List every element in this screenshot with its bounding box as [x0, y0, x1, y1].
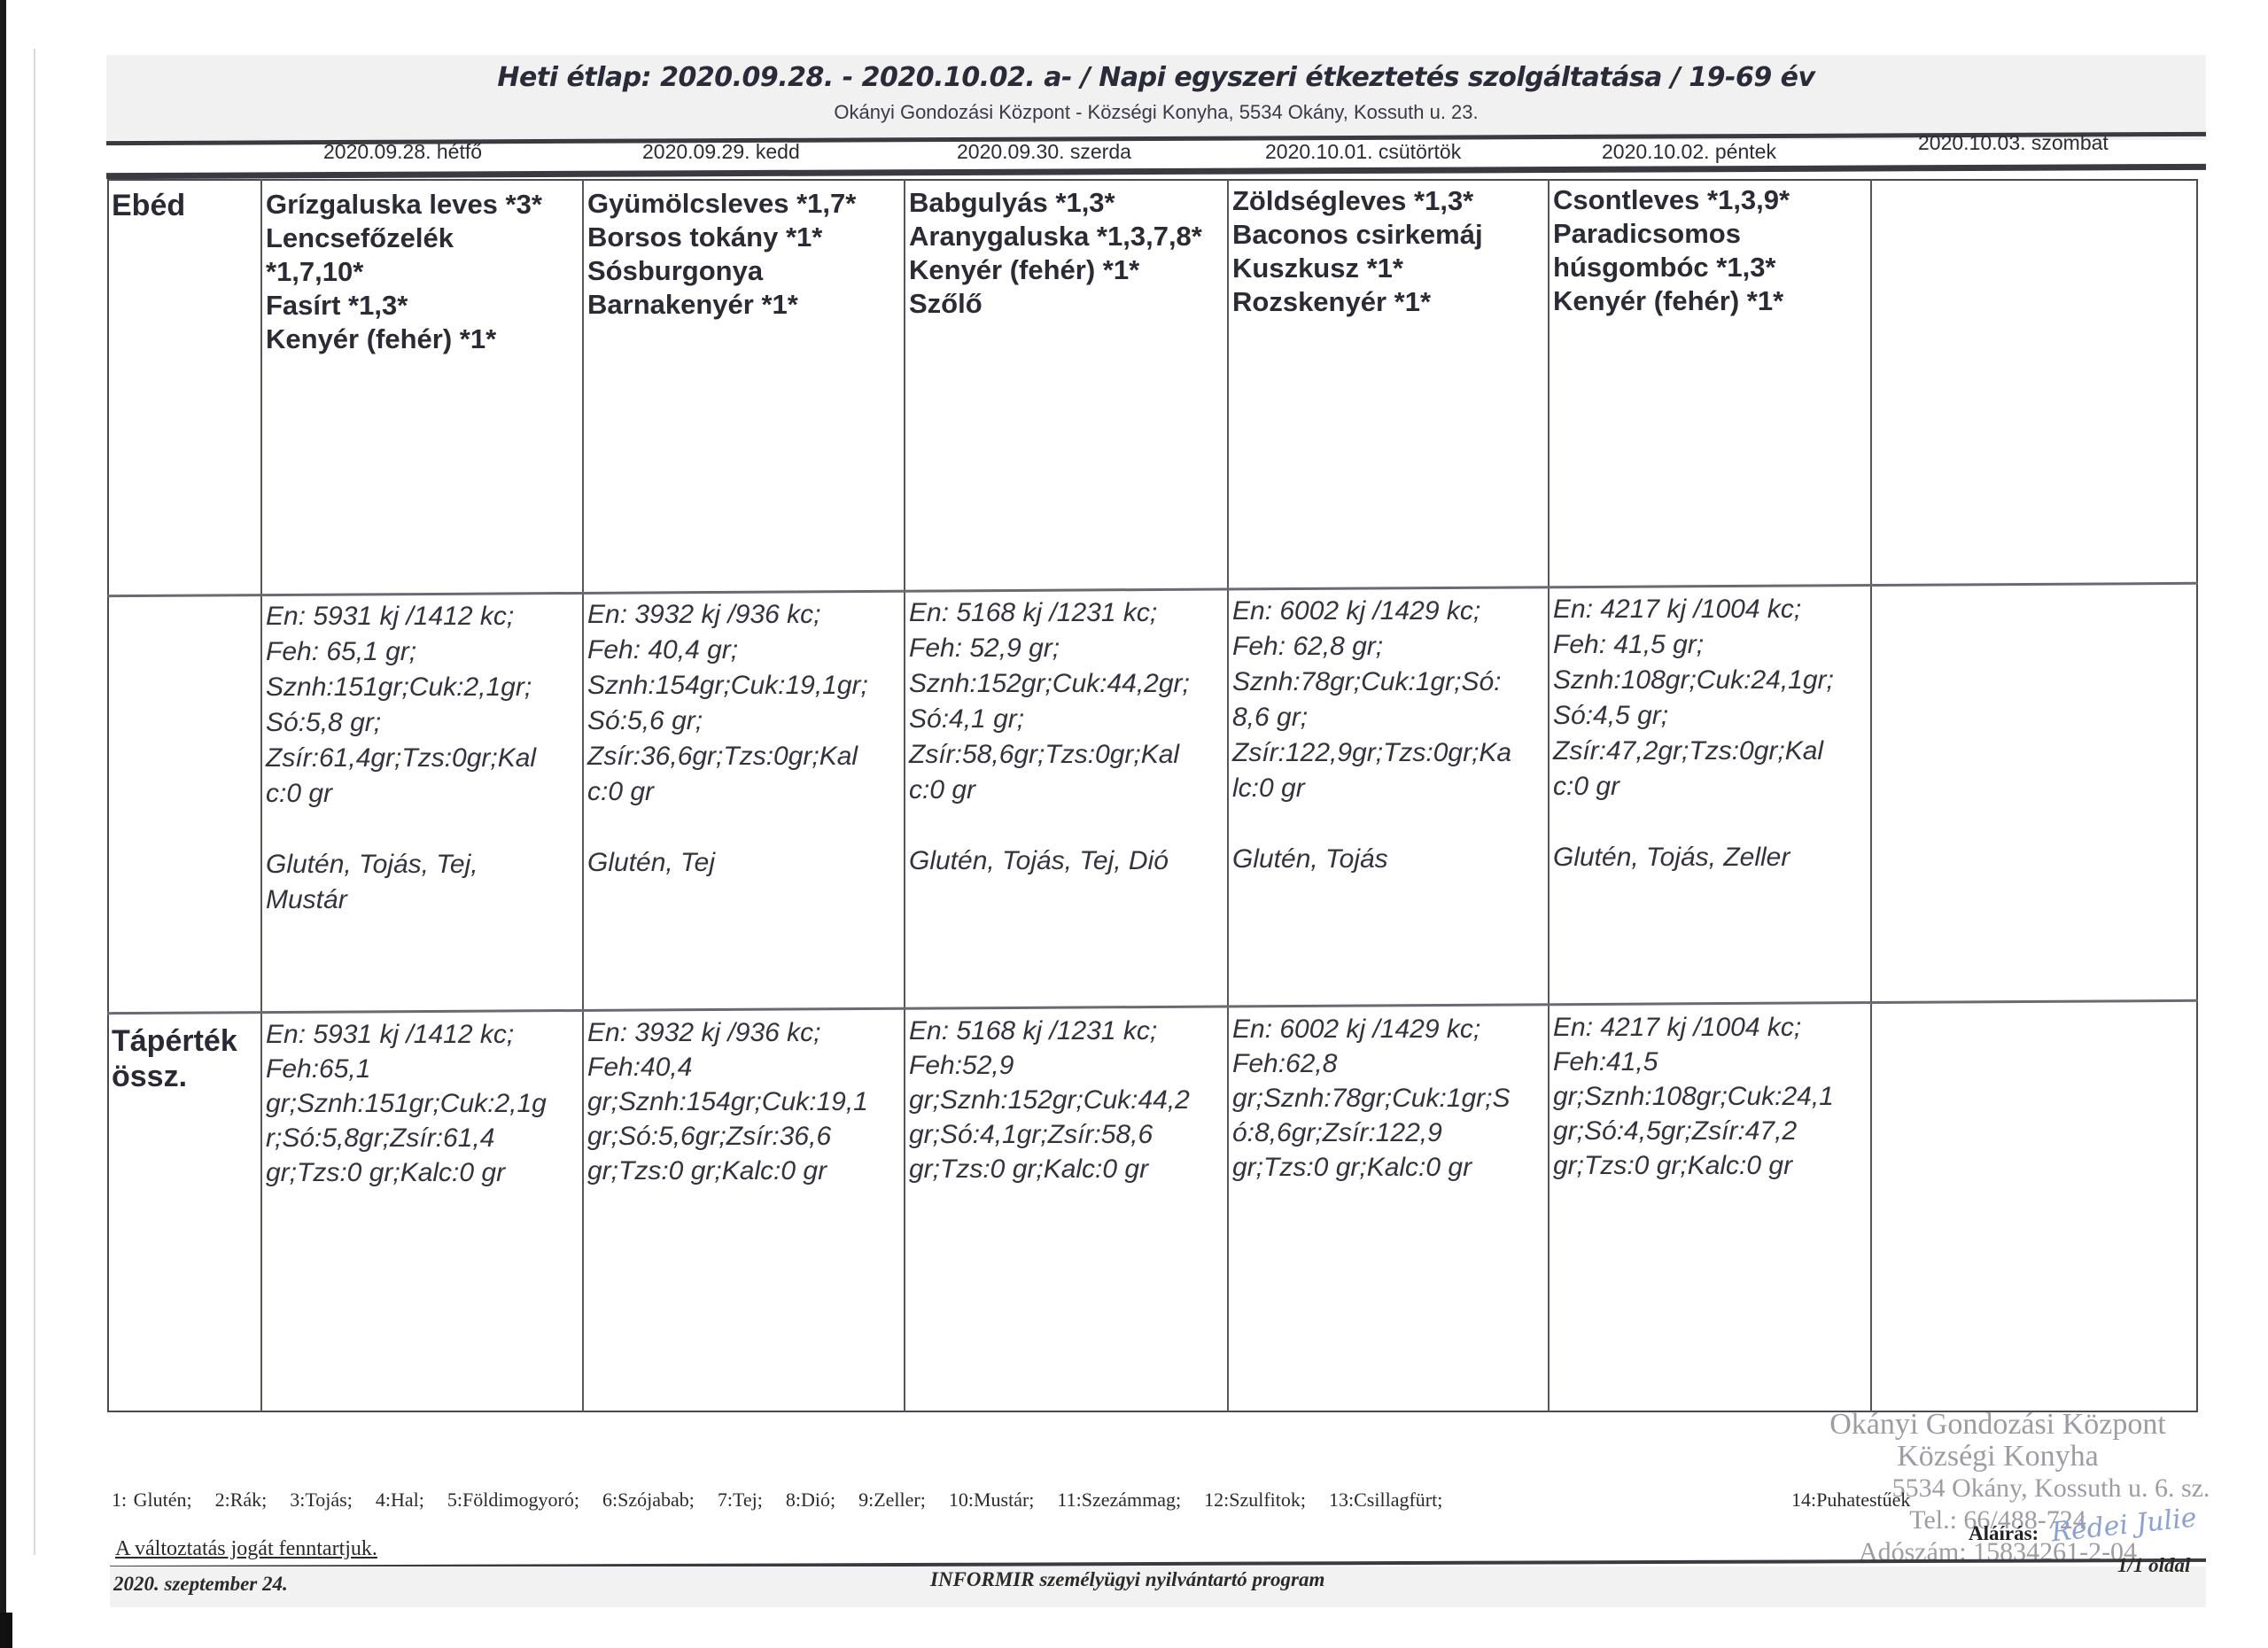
allergen-list: Glutén, Tej — [587, 845, 903, 881]
totals-line: En: 4217 kj /1004 kc; — [1553, 1010, 1868, 1045]
nutrition-line: En: 4217 kj /1004 kc; — [1553, 592, 1868, 627]
column-divider — [904, 179, 905, 1412]
scan-corner — [0, 1613, 12, 1648]
nutrition-line: Só:4,1 gr; — [909, 702, 1224, 737]
menu-cell: Csontleves *1,3,9*Paradicsomoshúsgombóc … — [1553, 183, 1790, 318]
menu-item: Lencsefőzelék — [266, 222, 542, 255]
footer-program: INFORMIR személyügyi nyilvántartó progra… — [930, 1568, 1324, 1591]
totals-cell: En: 5931 kj /1412 kc;Feh:65,1gr;Sznh:151… — [266, 1017, 581, 1190]
nutrition-line: c:0 gr — [909, 773, 1224, 808]
nutrition-line: En: 3932 kj /936 kc; — [587, 597, 903, 633]
nutrition-line: c:0 gr — [266, 776, 581, 812]
legend-item: 6:Szójabab; — [602, 1489, 695, 1511]
menu-cell: Babgulyás *1,3*Aranygaluska *1,3,7,8*Ken… — [909, 186, 1202, 321]
menu-item: *1,7,10* — [266, 255, 542, 289]
menu-item: húsgombóc *1,3* — [1553, 251, 1790, 284]
totals-line: gr;Tzs:0 gr;Kalc:0 gr — [1232, 1150, 1548, 1185]
totals-line: Feh:52,9 — [909, 1048, 1224, 1083]
totals-line: gr;Tzs:0 gr;Kalc:0 gr — [266, 1155, 581, 1190]
nutrition-line: En: 5168 kj /1231 kc; — [909, 595, 1224, 631]
nutrition-line: Feh: 52,9 gr; — [909, 631, 1224, 666]
menu-cell: Zöldségleves *1,3*Baconos csirkemájKuszk… — [1232, 184, 1483, 319]
menu-item: Rozskenyér *1* — [1232, 285, 1483, 319]
page-number: 1/1 oldal — [2117, 1554, 2190, 1577]
totals-line: gr;Só:4,5gr;Zsír:47,2 — [1553, 1114, 1868, 1148]
change-notice: A változtatás jogát fenntartjuk. — [115, 1537, 377, 1561]
menu-item: Sósburgonya — [587, 254, 856, 288]
nutrition-cell: En: 3932 kj /936 kc;Feh: 40,4 gr;Sznh:15… — [587, 597, 903, 881]
allergen-list: Glutén, Tojás, Tej, — [266, 847, 581, 882]
totals-line: Feh:40,4 — [587, 1050, 903, 1084]
nutrition-line: 8,6 gr; — [1232, 700, 1548, 735]
totals-line: gr;Sznh:151gr;Cuk:2,1g — [266, 1086, 581, 1121]
menu-item: Grízgaluska leves *3* — [266, 188, 542, 222]
column-divider — [260, 179, 262, 1412]
nutrition-line: En: 6002 kj /1429 kc; — [1232, 594, 1548, 629]
day-header-thursday: 2020.10.01. csütörtök — [1265, 140, 1461, 164]
legend-item: 2:Rák; — [215, 1489, 268, 1511]
legend-item: 8:Dió; — [786, 1489, 835, 1511]
nutrition-line: Sznh:152gr;Cuk:44,2gr; — [909, 666, 1224, 702]
legend-item: 3:Tojás; — [290, 1489, 353, 1511]
allergen-legend-last: 14:Puhatestűek — [1791, 1489, 1910, 1512]
totals-line: gr;Tzs:0 gr;Kalc:0 gr — [909, 1152, 1224, 1186]
header-rule-bottom — [106, 164, 2206, 179]
spacer — [1553, 805, 1868, 840]
legend-item: 9:Zeller; — [858, 1489, 926, 1511]
totals-line: gr;Sznh:78gr;Cuk:1gr;S — [1232, 1081, 1548, 1116]
nutrition-line: Feh: 40,4 gr; — [587, 633, 903, 668]
nutrition-line: Zsír:58,6gr;Tzs:0gr;Kal — [909, 737, 1224, 773]
nutrition-line: Só:4,5 gr; — [1553, 698, 1868, 734]
row-label-totals-line1: Tápérték — [112, 1023, 237, 1059]
menu-item: Gyümölcsleves *1,7* — [587, 187, 856, 221]
allergen-legend: 1: Glutén;2:Rák;3:Tojás;4:Hal;5:Földimog… — [112, 1489, 1465, 1512]
menu-item: Csontleves *1,3,9* — [1553, 183, 1790, 217]
menu-item: Borsos tokány *1* — [587, 221, 856, 254]
legend-item: 13:Csillagfürt; — [1329, 1489, 1442, 1511]
menu-item: Barnakenyér *1* — [587, 288, 856, 322]
day-header-monday: 2020.09.28. hétfő — [323, 140, 482, 164]
menu-item: Kenyér (fehér) *1* — [1553, 284, 1790, 318]
nutrition-line: Zsír:36,6gr;Tzs:0gr;Kal — [587, 739, 903, 774]
spacer — [587, 810, 903, 845]
document-subtitle: Okányi Gondozási Központ - Községi Konyh… — [106, 101, 2206, 124]
menu-item: Szőlő — [909, 287, 1202, 321]
totals-line: gr;Sznh:154gr;Cuk:19,1 — [587, 1084, 903, 1119]
menu-item: Kenyér (fehér) *1* — [909, 253, 1202, 287]
column-divider — [1870, 179, 1872, 1412]
legend-item: 11:Szezámmag; — [1057, 1489, 1181, 1511]
totals-cell: En: 4217 kj /1004 kc;Feh:41,5gr;Sznh:108… — [1553, 1010, 1868, 1183]
allergen-list: Glutén, Tojás, Tej, Dió — [909, 843, 1224, 879]
menu-item: Zöldségleves *1,3* — [1232, 184, 1483, 218]
nutrition-line: lc:0 gr — [1232, 771, 1548, 806]
nutrition-line: Sznh:151gr;Cuk:2,1gr; — [266, 670, 581, 705]
menu-item: Babgulyás *1,3* — [909, 186, 1202, 220]
nutrition-cell: En: 4217 kj /1004 kc;Feh: 41,5 gr;Sznh:1… — [1553, 592, 1868, 875]
stamp-line: Községi Konyha — [1772, 1441, 2224, 1473]
nutrition-line: Sznh:78gr;Cuk:1gr;Só: — [1232, 665, 1548, 700]
menu-item: Kuszkusz *1* — [1232, 252, 1483, 285]
legend-item: 5:Földimogyoró; — [447, 1489, 579, 1511]
nutrition-line: Feh: 62,8 gr; — [1232, 629, 1548, 665]
menu-cell: Gyümölcsleves *1,7*Borsos tokány *1*Sósb… — [587, 187, 856, 322]
nutrition-line: Zsír:122,9gr;Tzs:0gr;Ka — [1232, 735, 1548, 771]
nutrition-line: Sznh:154gr;Cuk:19,1gr; — [587, 668, 903, 704]
totals-cell: En: 6002 kj /1429 kc;Feh:62,8gr;Sznh:78g… — [1232, 1012, 1548, 1185]
nutrition-line: En: 5931 kj /1412 kc; — [266, 599, 581, 634]
totals-line: En: 5931 kj /1412 kc; — [266, 1017, 581, 1052]
menu-item: Baconos csirkemáj — [1232, 218, 1483, 252]
menu-cell: Grízgaluska leves *3*Lencsefőzelék*1,7,1… — [266, 188, 542, 356]
allergen-list: Mustár — [266, 882, 581, 918]
totals-cell: En: 5168 kj /1231 kc;Feh:52,9gr;Sznh:152… — [909, 1014, 1224, 1186]
day-header-saturday: 2020.10.03. szombat — [1918, 131, 2109, 155]
nutrition-line: c:0 gr — [1553, 769, 1868, 805]
totals-line: Feh:65,1 — [266, 1052, 581, 1086]
totals-line: r;Só:5,8gr;Zsír:61,4 — [266, 1121, 581, 1155]
nutrition-line: Zsír:61,4gr;Tzs:0gr;Kal — [266, 741, 581, 776]
spacer — [1232, 806, 1548, 842]
totals-line: gr;Tzs:0 gr;Kalc:0 gr — [1553, 1148, 1868, 1183]
nutrition-cell: En: 6002 kj /1429 kc;Feh: 62,8 gr;Sznh:7… — [1232, 594, 1548, 877]
nutrition-line: Só:5,8 gr; — [266, 705, 581, 741]
column-divider — [1227, 179, 1229, 1412]
signature-label: Aláírás: — [1969, 1522, 2039, 1545]
nutrition-line: Feh: 65,1 gr; — [266, 634, 581, 670]
nutrition-line: c:0 gr — [587, 774, 903, 810]
totals-line: En: 5168 kj /1231 kc; — [909, 1014, 1224, 1048]
totals-line: En: 6002 kj /1429 kc; — [1232, 1012, 1548, 1046]
legend-item: 7:Tej; — [718, 1489, 763, 1511]
totals-line: gr;Tzs:0 gr;Kalc:0 gr — [587, 1154, 903, 1188]
scan-fold-line — [34, 49, 35, 1555]
stamp-line: Okányi Gondozási Központ — [1772, 1409, 2224, 1441]
spacer — [266, 812, 581, 847]
nutrition-cell: En: 5168 kj /1231 kc;Feh: 52,9 gr;Sznh:1… — [909, 595, 1224, 879]
menu-item: Kenyér (fehér) *1* — [266, 323, 542, 356]
nutrition-cell: En: 5931 kj /1412 kc;Feh: 65,1 gr;Sznh:1… — [266, 599, 581, 918]
totals-line: ó:8,6gr;Zsír:122,9 — [1232, 1116, 1548, 1150]
allergen-list: Glutén, Tojás, Zeller — [1553, 840, 1868, 875]
menu-item: Fasírt *1,3* — [266, 289, 542, 323]
day-header-friday: 2020.10.02. péntek — [1602, 140, 1776, 164]
totals-line: gr;Sznh:152gr;Cuk:44,2 — [909, 1083, 1224, 1117]
nutrition-line: Feh: 41,5 gr; — [1553, 627, 1868, 663]
totals-cell: En: 3932 kj /936 kc;Feh:40,4gr;Sznh:154g… — [587, 1015, 903, 1188]
menu-item: Aranygaluska *1,3,7,8* — [909, 220, 1202, 253]
footer-date: 2020. szeptember 24. — [113, 1573, 288, 1596]
scan-edge — [0, 0, 6, 1648]
allergen-list: Glutén, Tojás — [1232, 842, 1548, 877]
document-title: Heti étlap: 2020.09.28. - 2020.10.02. a-… — [106, 62, 2206, 93]
totals-line: gr;Só:4,1gr;Zsír:58,6 — [909, 1117, 1224, 1152]
spacer — [909, 808, 1224, 843]
row-label-totals: Tápérték össz. — [112, 1023, 237, 1094]
totals-line: En: 3932 kj /936 kc; — [587, 1015, 903, 1050]
legend-item: 1: Glutén; — [112, 1489, 192, 1511]
row-label-lunch: Ebéd — [112, 188, 185, 223]
totals-line: gr;Sznh:108gr;Cuk:24,1 — [1553, 1079, 1868, 1114]
totals-line: gr;Só:5,6gr;Zsír:36,6 — [587, 1119, 903, 1154]
nutrition-line: Só:5,6 gr; — [587, 704, 903, 739]
day-header-wednesday: 2020.09.30. szerda — [957, 140, 1131, 164]
legend-item: 10:Mustár; — [949, 1489, 1035, 1511]
totals-line: Feh:62,8 — [1232, 1046, 1548, 1081]
nutrition-line: Sznh:108gr;Cuk:24,1gr; — [1553, 663, 1868, 698]
column-divider — [1548, 179, 1550, 1412]
nutrition-line: Zsír:47,2gr;Tzs:0gr;Kal — [1553, 734, 1868, 769]
row-label-totals-line2: össz. — [112, 1059, 237, 1094]
column-divider — [582, 179, 584, 1412]
legend-item: 12:Szulfitok; — [1204, 1489, 1306, 1511]
menu-item: Paradicsomos — [1553, 217, 1790, 251]
day-header-tuesday: 2020.09.29. kedd — [642, 140, 800, 164]
legend-item: 4:Hal; — [376, 1489, 424, 1511]
totals-line: Feh:41,5 — [1553, 1045, 1868, 1079]
